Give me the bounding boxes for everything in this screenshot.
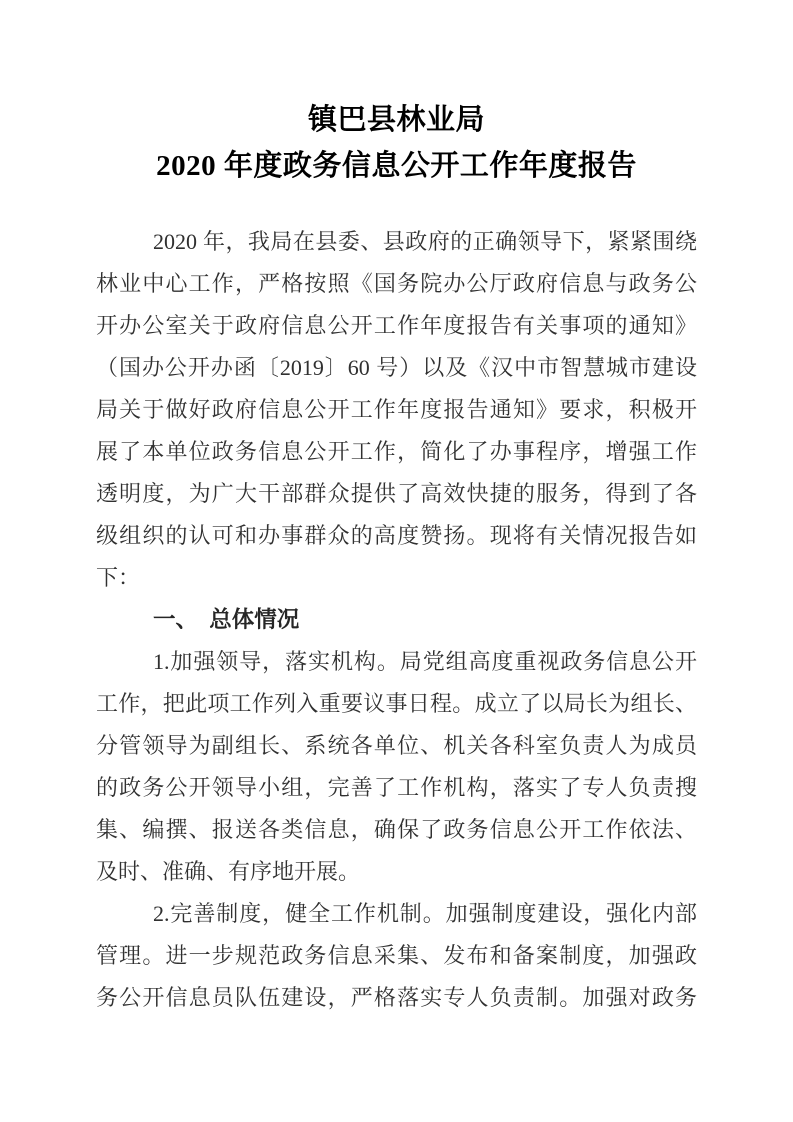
body-line: 林业中心工作，严格按照《国务院办公厅政府信息与政务公: [96, 263, 697, 305]
body-line: 管理。进一步规范政务信息采集、发布和备案制度，加强政: [96, 935, 697, 977]
body-line: （国办公开办函〔2019〕60 号）以及《汉中市智慧城市建设: [96, 347, 697, 389]
title-line-1: 镇巴县林业局: [96, 97, 697, 143]
title-line-2: 2020 年度政务信息公开工作年度报告: [96, 143, 697, 189]
heading-line: 一、 总体情况: [96, 599, 697, 641]
body-line: 级组织的认可和办事群众的高度赞扬。现将有关情况报告如: [96, 515, 697, 557]
body-line: 务公开信息员队伍建设，严格落实专人负责制。加强对政务: [96, 977, 697, 1019]
paragraph-1: 2020 年，我局在县委、县政府的正确领导下，紧紧围绕林业中心工作，严格按照《国…: [96, 221, 697, 599]
body-line: 开办公室关于政府信息公开工作年度报告有关事项的通知》: [96, 305, 697, 347]
body-line: 的政务公开领导小组，完善了工作机构，落实了专人负责搜: [96, 767, 697, 809]
paragraph-4: 2.完善制度，健全工作机制。加强制度建设，强化内部管理。进一步规范政务信息采集、…: [96, 893, 697, 1019]
body-line: 下：: [96, 557, 697, 599]
document-title: 镇巴县林业局 2020 年度政务信息公开工作年度报告: [96, 97, 697, 189]
document-content: 镇巴县林业局 2020 年度政务信息公开工作年度报告 2020 年，我局在县委、…: [96, 97, 697, 1019]
section-heading: 一、 总体情况: [96, 599, 697, 641]
body-line: 工作，把此项工作列入重要议事日程。成立了以局长为组长、: [96, 683, 697, 725]
body-line: 展了本单位政务信息公开工作，简化了办事程序，增强工作: [96, 431, 697, 473]
body-line: 2020 年，我局在县委、县政府的正确领导下，紧紧围绕: [96, 221, 697, 263]
body-line: 分管领导为副组长、系统各单位、机关各科室负责人为成员: [96, 725, 697, 767]
body-line: 2.完善制度，健全工作机制。加强制度建设，强化内部: [96, 893, 697, 935]
body-line: 1.加强领导，落实机构。局党组高度重视政务信息公开: [96, 641, 697, 683]
body-line: 透明度，为广大干部群众提供了高效快捷的服务，得到了各: [96, 473, 697, 515]
body-line: 集、编撰、报送各类信息，确保了政务信息公开工作依法、: [96, 809, 697, 851]
body-line: 局关于做好政府信息公开工作年度报告通知》要求，积极开: [96, 389, 697, 431]
document-body: 2020 年，我局在县委、县政府的正确领导下，紧紧围绕林业中心工作，严格按照《国…: [96, 221, 697, 1019]
paragraph-3: 1.加强领导，落实机构。局党组高度重视政务信息公开工作，把此项工作列入重要议事日…: [96, 641, 697, 893]
document-page: 镇巴县林业局 2020 年度政务信息公开工作年度报告 2020 年，我局在县委、…: [0, 0, 793, 1122]
body-line: 及时、准确、有序地开展。: [96, 851, 697, 893]
